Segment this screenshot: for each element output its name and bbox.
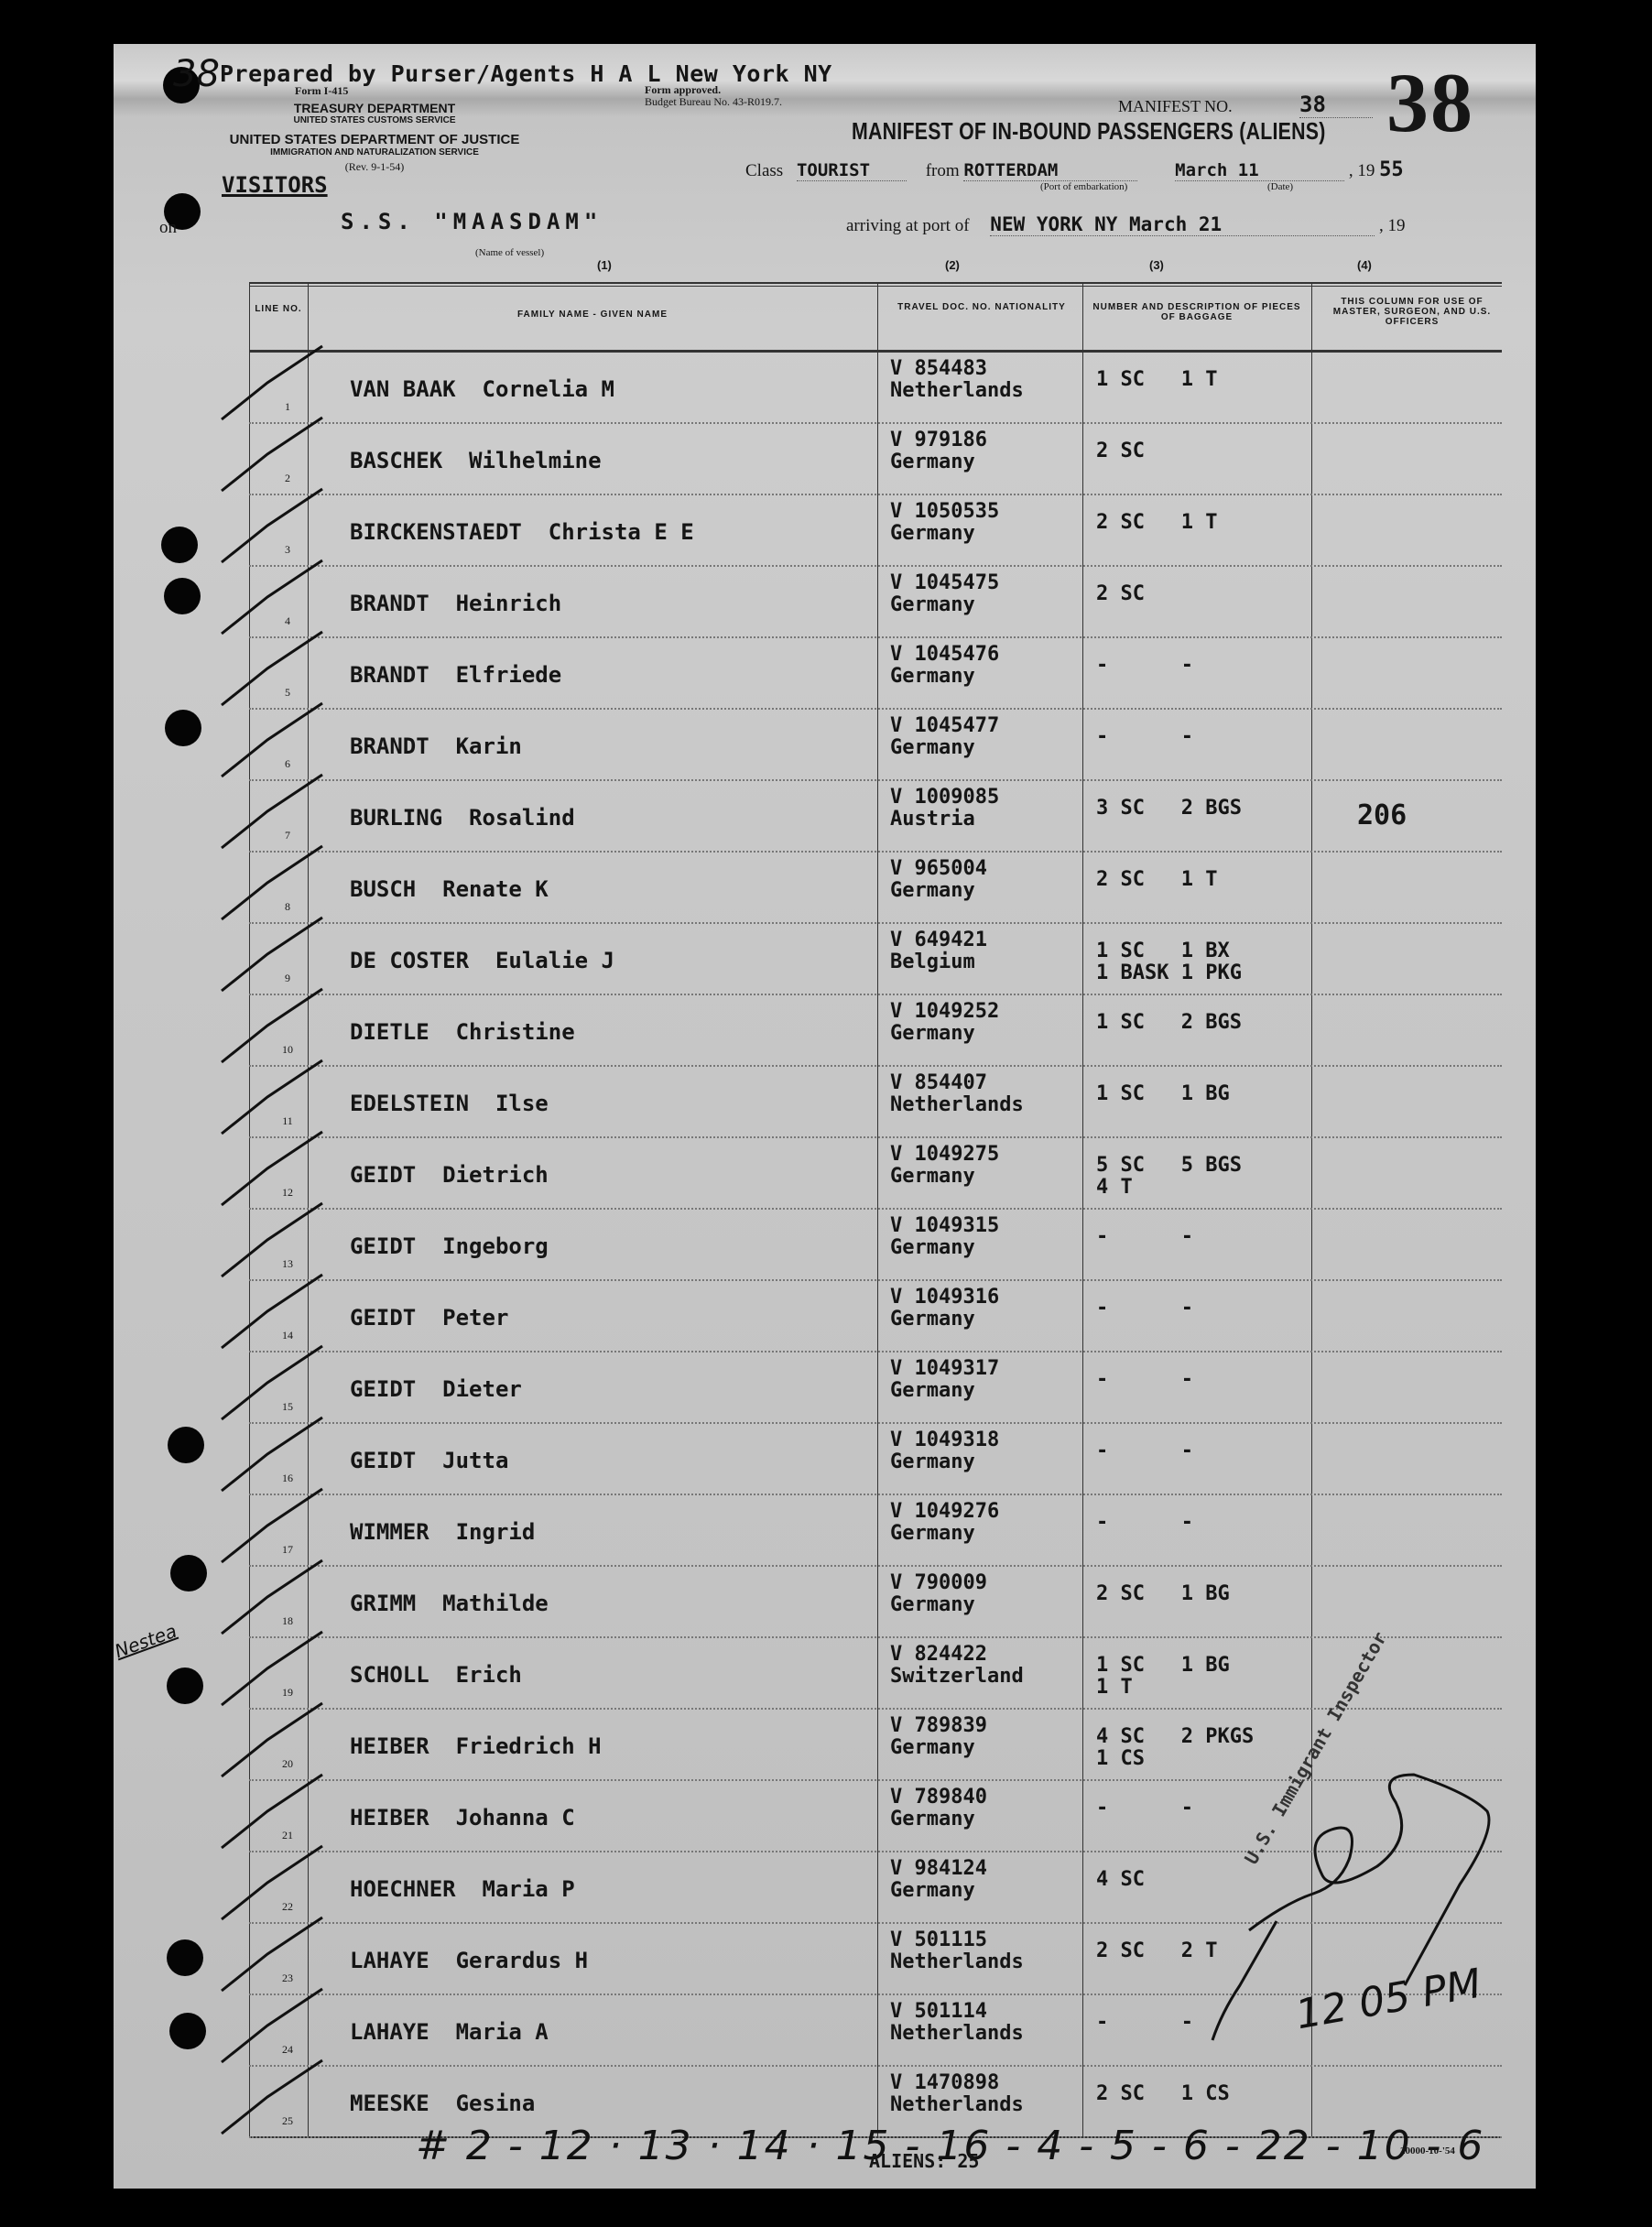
nationality: Germany [890,1237,999,1259]
table-row: 4 BRANDT Heinrich V 1045475 Germany 2 SC [249,567,1502,638]
passenger-name: BRANDT Heinrich [350,591,561,616]
line-number: 11 [269,1114,306,1128]
table-row: 1 VAN BAAK Cornelia M V 854483 Netherlan… [249,353,1502,424]
travel-doc-number: V 1049275 [890,1144,999,1166]
passenger-name: LAHAYE Maria A [350,2019,549,2045]
nationality: Germany [890,666,999,688]
baggage: 2 SC 1 BG [1096,1583,1230,1605]
travel-doc-number: V 854407 [890,1072,1024,1094]
travel-doc-number: V 1009085 [890,787,999,809]
baggage: - - [1096,1226,1193,1248]
line-number: 23 [269,1972,306,1985]
column-number-3: (3) [1149,258,1164,272]
port-caption: (Port of embarkation) [1040,181,1127,192]
baggage: - - [1096,1440,1193,1462]
revision: (Rev. 9-1-54) [324,160,425,174]
manifest-no-typed: 38 [1299,92,1373,118]
travel-doc-number: V 789839 [890,1715,987,1737]
nationality: Netherlands [890,2023,1024,2045]
nationality: Netherlands [890,380,1024,402]
customs-service: UNITED STATES CUSTOMS SERVICE [260,115,489,125]
line-number: 16 [269,1472,306,1485]
inspector-signature-icon [1176,1711,1570,2132]
punch-hole [164,578,201,614]
travel-doc-number: V 854483 [890,358,1024,380]
travel-doc-number: V 979186 [890,429,987,451]
nationality: Germany [890,1166,999,1188]
line-number: 15 [269,1400,306,1414]
prepared-by: Prepared by Purser/Agents H A L New York… [220,60,832,87]
table-row: 8 BUSCH Renate K V 965004 Germany 2 SC 1… [249,853,1502,924]
travel-document: V 979186 Germany [890,429,987,473]
travel-document: V 854483 Netherlands [890,358,1024,402]
travel-doc-number: V 649421 [890,929,987,951]
line-number: 17 [269,1543,306,1557]
travel-doc-number: V 1049317 [890,1358,999,1380]
punch-hole [167,1668,203,1704]
travel-document: V 1045476 Germany [890,644,999,688]
baggage: 2 SC [1096,440,1145,462]
punch-hole [168,1427,204,1463]
baggage: 1 SC 1 BX 1 BASK 1 PKG [1096,940,1242,984]
table-row: 13 GEIDT Ingeborg V 1049315 Germany - - [249,1210,1502,1281]
table-row: 17 WIMMER Ingrid V 1049276 Germany - - [249,1495,1502,1567]
baggage: - - [1096,1369,1193,1391]
punch-hole [165,710,201,746]
passenger-name: BRANDT Elfriede [350,662,561,688]
nationality: Germany [890,594,999,616]
class-row: Class TOURIST from ROTTERDAM March 11 , … [745,158,1404,181]
punch-hole [167,1939,203,1976]
line-number: 18 [269,1614,306,1628]
passenger-name: GEIDT Dietrich [350,1162,549,1188]
travel-doc-number: V 965004 [890,858,987,880]
punch-hole [169,2013,206,2049]
form-number: Form I-415 [295,84,348,98]
header-baggage: NUMBER AND DESCRIPTION OF PIECES OF BAGG… [1092,302,1302,322]
budget-bureau: Budget Bureau No. 43-R019.7. [645,96,782,108]
table-row: 2 BASCHEK Wilhelmine V 979186 Germany 2 … [249,424,1502,495]
nationality: Germany [890,1880,987,1902]
baggage: 2 SC [1096,583,1145,605]
travel-document: V 1049317 Germany [890,1358,999,1402]
line-number: 24 [269,2043,306,2057]
table-row: 14 GEIDT Peter V 1049316 Germany - - [249,1281,1502,1352]
passenger-name: GEIDT Jutta [350,1448,508,1473]
nationality: Belgium [890,951,987,973]
table-top-border-inner [249,286,1502,287]
nationality: Germany [890,1451,999,1473]
arriving-label: arriving at port of [846,216,970,235]
travel-document: V 789839 Germany [890,1715,987,1759]
passenger-name: MEESKE Gesina [350,2091,535,2116]
manifest-no-label: MANIFEST NO. [1118,97,1233,116]
nationality: Austria [890,809,999,831]
travel-document: V 1009085 Austria [890,787,999,831]
travel-document: V 1049316 Germany [890,1287,999,1331]
baggage: 1 SC 1 BG 1 T [1096,1655,1230,1699]
baggage: 2 SC 1 T [1096,869,1217,891]
passenger-name: GEIDT Peter [350,1305,508,1331]
margin-note: Nestea [112,1620,179,1663]
line-number: 8 [269,900,306,914]
manifest-title: MANIFEST OF IN-BOUND PASSENGERS (ALIENS) [852,117,1326,146]
travel-document: V 965004 Germany [890,858,987,902]
officer-note: 206 [1357,799,1407,831]
travel-doc-number: V 1049315 [890,1215,999,1237]
baggage: - - [1096,726,1193,748]
nationality: Switzerland [890,1666,1024,1688]
column-number-4: (4) [1357,258,1372,272]
passenger-name: HEIBER Friedrich H [350,1733,602,1759]
travel-document: V 790009 Germany [890,1572,987,1616]
travel-document: V 501114 Netherlands [890,2001,1024,2045]
travel-doc-number: V 1049276 [890,1501,999,1523]
travel-doc-number: V 501114 [890,2001,1024,2023]
travel-doc-number: V 1045475 [890,572,999,594]
travel-doc-number: V 501115 [890,1929,1024,1951]
travel-document: V 501115 Netherlands [890,1929,1024,1973]
travel-document: V 1049315 Germany [890,1215,999,1259]
header-officers: THIS COLUMN FOR USE OF MASTER, SURGEON, … [1321,297,1504,327]
baggage: - - [1096,655,1193,677]
travel-document: V 984124 Germany [890,1858,987,1902]
travel-doc-number: V 1470898 [890,2072,1024,2094]
baggage: - - [1096,1298,1193,1320]
port-of-embarkation: ROTTERDAM [963,160,1137,181]
header-travel-doc: TRAVEL DOC. NO. NATIONALITY [890,302,1073,312]
passenger-name: BURLING Rosalind [350,805,575,831]
nationality: Netherlands [890,1951,1024,1973]
travel-document: V 1049252 Germany [890,1001,999,1045]
baggage: 1 SC 1 T [1096,369,1217,391]
manifest-page: 38 Prepared by Purser/Agents H A L New Y… [114,44,1536,2189]
nationality: Germany [890,1737,987,1759]
treasury-department: TREASURY DEPARTMENT [260,101,489,115]
line-number: 25 [269,2114,306,2128]
line-number: 7 [269,829,306,842]
table-row: 9 DE COSTER Eulalie J V 649421 Belgium 1… [249,924,1502,995]
baggage: 1 SC 2 BGS [1096,1012,1242,1034]
passenger-name: DIETLE Christine [350,1019,575,1045]
line-number: 1 [269,400,306,414]
line-number: 21 [269,1829,306,1842]
travel-document: V 1045477 Germany [890,715,999,759]
baggage: - - [1096,1512,1193,1534]
travel-doc-number: V 1049316 [890,1287,999,1309]
line-number: 6 [269,757,306,771]
column-number-1: (1) [597,258,612,272]
line-number: 5 [269,686,306,700]
passenger-name: LAHAYE Gerardus H [350,1948,588,1973]
table-row: 10 DIETLE Christine V 1049252 Germany 1 … [249,995,1502,1067]
line-number: 3 [269,543,306,557]
baggage: 1 SC 1 BG [1096,1083,1230,1105]
line-number: 13 [269,1257,306,1271]
nationality: Germany [890,737,999,759]
travel-document: V 824422 Switzerland [890,1644,1024,1688]
nationality: Germany [890,1594,987,1616]
nationality: Germany [890,1523,999,1545]
nationality: Germany [890,1309,999,1331]
column-number-2: (2) [945,258,960,272]
passenger-name: HEIBER Johanna C [350,1805,575,1830]
table-row: 5 BRANDT Elfriede V 1045476 Germany - - [249,638,1502,710]
passenger-name: GRIMM Mathilde [350,1591,549,1616]
class-label: Class [745,161,783,180]
baggage: 5 SC 5 BGS 4 T [1096,1155,1242,1199]
header-name: FAMILY NAME - GIVEN NAME [313,310,872,320]
handwritten-page-number: 38 [173,53,220,95]
nationality: Germany [890,1809,987,1830]
punch-hole [170,1555,207,1591]
line-number: 22 [269,1900,306,1914]
travel-document: V 1050535 Germany [890,501,999,545]
travel-document: V 1049275 Germany [890,1144,999,1188]
form-approved: Form approved. Budget Bureau No. 43-R019… [645,84,782,108]
passenger-name: BUSCH Renate K [350,876,549,902]
travel-doc-number: V 790009 [890,1572,987,1594]
travel-doc-number: V 1049318 [890,1429,999,1451]
passenger-name: EDELSTEIN Ilse [350,1091,549,1116]
date-caption: (Date) [1267,181,1293,192]
passenger-name: SCHOLL Erich [350,1662,522,1688]
ins: IMMIGRATION AND NATURALIZATION SERVICE [205,147,544,158]
aliens-count: ALIENS: 25 [869,2150,979,2172]
travel-doc-number: V 789840 [890,1787,987,1809]
travel-document: V 1470898 Netherlands [890,2072,1024,2116]
line-number: 19 [269,1686,306,1700]
baggage: 3 SC 2 BGS [1096,798,1242,820]
arrival-year-prefix: , 19 [1379,216,1406,235]
nationality: Netherlands [890,2094,1024,2116]
travel-doc-number: V 1045476 [890,644,999,666]
header-line-no: LINE NO. [253,304,304,314]
nationality: Germany [890,1023,999,1045]
passenger-name: VAN BAAK Cornelia M [350,376,614,402]
nationality: Germany [890,880,987,902]
table-top-border [249,282,1502,284]
line-number: 2 [269,472,306,485]
passenger-name: BRANDT Karin [350,733,522,759]
print-code: 20000-10-'54 [1400,2146,1455,2156]
passenger-name: GEIDT Dieter [350,1376,522,1402]
travel-doc-number: V 824422 [890,1644,1024,1666]
passenger-name: WIMMER Ingrid [350,1519,535,1545]
line-number: 4 [269,614,306,628]
arrival-row: arriving at port of NEW YORK NY March 21… [846,213,1406,236]
arrival-port-date: NEW YORK NY March 21 [990,213,1375,236]
travel-doc-number: V 1045477 [890,715,999,737]
manifest-no-stamped: 38 [1386,60,1474,145]
travel-document: V 649421 Belgium [890,929,987,973]
year-prefix: , 19 [1349,161,1375,180]
line-number: 9 [269,972,306,985]
travel-document: V 854407 Netherlands [890,1072,1024,1116]
year-suffix: 55 [1379,158,1404,181]
travel-doc-number: V 1049252 [890,1001,999,1023]
nationality: Germany [890,523,999,545]
table-row: 15 GEIDT Dieter V 1049317 Germany - - [249,1352,1502,1424]
passenger-name: DE COSTER Eulalie J [350,948,614,973]
nationality: Netherlands [890,1094,1024,1116]
table-row: 12 GEIDT Dietrich V 1049275 Germany 5 SC… [249,1138,1502,1210]
line-number: 12 [269,1186,306,1200]
nationality: Germany [890,451,987,473]
nationality: Germany [890,1380,999,1402]
punch-hole [161,527,198,563]
table-row: 18 GRIMM Mathilde V 790009 Germany 2 SC … [249,1567,1502,1638]
table-row: 16 GEIDT Jutta V 1049318 Germany - - [249,1424,1502,1495]
passenger-name: GEIDT Ingeborg [350,1233,549,1259]
travel-document: V 1049276 Germany [890,1501,999,1545]
line-number: 14 [269,1329,306,1342]
travel-doc-number: V 1050535 [890,501,999,523]
table-row: 3 BIRCKENSTAEDT Christa E E V 1050535 Ge… [249,495,1502,567]
departure-date: March 11 [1175,160,1344,181]
table-row: 19 SCHOLL Erich V 824422 Switzerland 1 S… [249,1638,1502,1710]
travel-document: V 1049318 Germany [890,1429,999,1473]
table-row: 6 BRANDT Karin V 1045477 Germany - - [249,710,1502,781]
travel-document: V 789840 Germany [890,1787,987,1830]
line-number: 10 [269,1043,306,1057]
travel-document: V 1045475 Germany [890,572,999,616]
line-number: 20 [269,1757,306,1771]
category-visitors: VISITORS [222,172,328,198]
passenger-name: BIRCKENSTAEDT Christa E E [350,519,694,545]
on-label: on [159,218,177,238]
travel-doc-number: V 984124 [890,1858,987,1880]
baggage: 2 SC 1 T [1096,512,1217,534]
table-row: 7 BURLING Rosalind V 1009085 Austria 3 S… [249,781,1502,853]
baggage: 4 SC [1096,1869,1145,1891]
vessel-caption: (Name of vessel) [475,247,544,258]
department-of-justice: UNITED STATES DEPARTMENT OF JUSTICE [205,132,544,147]
table-row: 11 EDELSTEIN Ilse V 854407 Netherlands 1… [249,1067,1502,1138]
vessel-name: S.S. "MAASDAM" [341,209,603,234]
passenger-name: BASCHEK Wilhelmine [350,448,602,473]
class-value: TOURIST [797,160,907,181]
passenger-name: HOECHNER Maria P [350,1876,575,1902]
from-label: from [926,161,960,180]
